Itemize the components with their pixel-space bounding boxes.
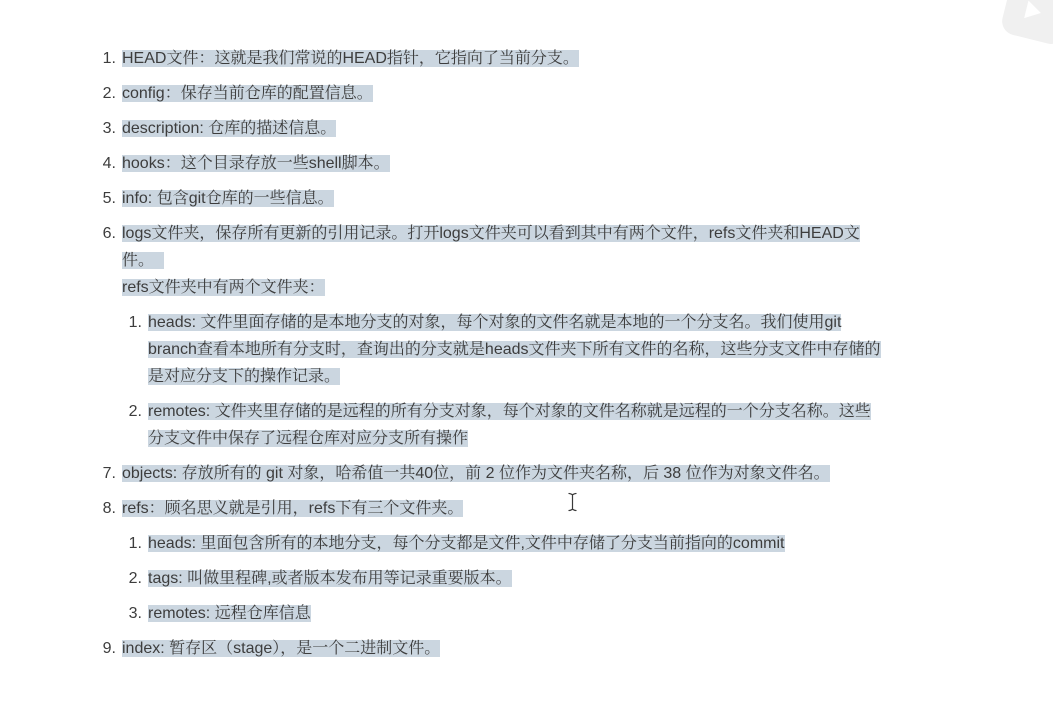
list-item: 3. description: 仓库的描述信息。 — [88, 115, 1013, 142]
list-item-content: remotes: 文件夹里存储的是远程的所有分支对象，每个对象的文件名称就是远程… — [148, 398, 1013, 452]
list-item-content: tags: 叫做里程碑,或者版本发布用等记录重要版本。 — [148, 565, 1013, 592]
list-item: 2. remotes: 文件夹里存储的是远程的所有分支对象，每个对象的文件名称就… — [122, 398, 1013, 452]
list-item: 8. refs：顾名思义就是引用，refs下有三个文件夹。 1. heads: … — [88, 495, 1013, 627]
list-item-text: refs：顾名思义就是引用，refs下有三个文件夹。 — [122, 500, 463, 517]
list-item-text: objects: 存放所有的 git 对象，哈希值一共40位，前 2 位作为文件… — [122, 465, 830, 482]
list-item: 9. index: 暂存区（stage），是一个二进制文件。 — [88, 635, 1013, 662]
list-item-number: 3. — [122, 600, 142, 627]
list-item-content: config：保存当前仓库的配置信息。 — [122, 80, 1013, 107]
list-item-text: 件。 — [122, 252, 164, 269]
list-item-number: 4. — [88, 150, 116, 177]
list-item-number: 8. — [88, 495, 116, 522]
list-item-text: tags: 叫做里程碑,或者版本发布用等记录重要版本。 — [148, 570, 512, 587]
list-item-text: remotes: 远程仓库信息 — [148, 605, 311, 622]
list-item-content: objects: 存放所有的 git 对象，哈希值一共40位，前 2 位作为文件… — [122, 460, 1013, 487]
refs-subfolder-list: 1. heads: 文件里面存储的是本地分支的对象，每个对象的文件名就是本地的一… — [122, 309, 1013, 452]
list-item: 2. config：保存当前仓库的配置信息。 — [88, 80, 1013, 107]
list-item-content: hooks：这个目录存放一些shell脚本。 — [122, 150, 1013, 177]
list-item: 7. objects: 存放所有的 git 对象，哈希值一共40位，前 2 位作… — [88, 460, 1013, 487]
list-item-number: 6. — [88, 220, 116, 247]
list-item-number: 1. — [88, 45, 116, 72]
list-item: 2. tags: 叫做里程碑,或者版本发布用等记录重要版本。 — [122, 565, 1013, 592]
list-item-content: index: 暂存区（stage），是一个二进制文件。 — [122, 635, 1013, 662]
list-item: 1. heads: 文件里面存储的是本地分支的对象，每个对象的文件名就是本地的一… — [122, 309, 1013, 390]
list-item-content: info: 包含git仓库的一些信息。 — [122, 185, 1013, 212]
play-triangle-icon — [1024, 1, 1043, 22]
list-item-content: heads: 里面包含所有的本地分支，每个分支都是文件,文件中存储了分支当前指向… — [148, 530, 1013, 557]
bilibili-watermark-icon — [999, 0, 1053, 47]
list-item-text: HEAD文件：这就是我们常说的HEAD指针，它指向了当前分支。 — [122, 50, 579, 67]
list-item-text: hooks：这个目录存放一些shell脚本。 — [122, 155, 390, 172]
list-item-number: 3. — [88, 115, 116, 142]
list-item: 1. heads: 里面包含所有的本地分支，每个分支都是文件,文件中存储了分支当… — [122, 530, 1013, 557]
list-item-text: refs文件夹中有两个文件夹： — [122, 279, 325, 296]
list-item-text: remotes: 文件夹里存储的是远程的所有分支对象，每个对象的文件名称就是远程… — [148, 403, 871, 420]
list-item-text: config：保存当前仓库的配置信息。 — [122, 85, 373, 102]
git-directory-list: 1. HEAD文件：这就是我们常说的HEAD指针，它指向了当前分支。 2. co… — [0, 45, 1053, 662]
list-item-content: HEAD文件：这就是我们常说的HEAD指针，它指向了当前分支。 — [122, 45, 1013, 72]
list-item-number: 9. — [88, 635, 116, 662]
list-item-content: heads: 文件里面存储的是本地分支的对象，每个对象的文件名就是本地的一个分支… — [148, 309, 1013, 390]
list-item-content: description: 仓库的描述信息。 — [122, 115, 1013, 142]
notes-document: 1. HEAD文件：这就是我们常说的HEAD指针，它指向了当前分支。 2. co… — [0, 45, 1053, 670]
list-item-content: logs文件夹，保存所有更新的引用记录。打开logs文件夹可以看到其中有两个文件… — [122, 220, 1013, 452]
list-item-number: 5. — [88, 185, 116, 212]
list-item-text: heads: 文件里面存储的是本地分支的对象，每个对象的文件名就是本地的一个分支… — [148, 314, 841, 331]
list-item-number: 1. — [122, 309, 142, 336]
list-item-text: logs文件夹，保存所有更新的引用记录。打开logs文件夹可以看到其中有两个文件… — [122, 225, 860, 242]
list-item-text: 分支文件中保存了远程仓库对应分支所有操作 — [148, 430, 468, 447]
list-item-number: 2. — [88, 80, 116, 107]
list-item: 5. info: 包含git仓库的一些信息。 — [88, 185, 1013, 212]
list-item-text: index: 暂存区（stage），是一个二进制文件。 — [122, 640, 440, 657]
list-item-text: info: 包含git仓库的一些信息。 — [122, 190, 334, 207]
list-item: 1. HEAD文件：这就是我们常说的HEAD指针，它指向了当前分支。 — [88, 45, 1013, 72]
list-item-content: refs：顾名思义就是引用，refs下有三个文件夹。 1. heads: 里面包… — [122, 495, 1013, 627]
list-item-text: 是对应分支下的操作记录。 — [148, 368, 340, 385]
list-item: 4. hooks：这个目录存放一些shell脚本。 — [88, 150, 1013, 177]
list-item-content: remotes: 远程仓库信息 — [148, 600, 1013, 627]
list-item: 6. logs文件夹，保存所有更新的引用记录。打开logs文件夹可以看到其中有两… — [88, 220, 1013, 452]
list-item-text: branch查看本地所有分支时，查询出的分支就是heads文件夹下所有文件的名称… — [148, 341, 881, 358]
list-item: 3. remotes: 远程仓库信息 — [122, 600, 1013, 627]
refs-subfolder-list: 1. heads: 里面包含所有的本地分支，每个分支都是文件,文件中存储了分支当… — [122, 530, 1013, 627]
list-item-text: heads: 里面包含所有的本地分支，每个分支都是文件,文件中存储了分支当前指向… — [148, 535, 785, 552]
list-item-number: 2. — [122, 565, 142, 592]
list-item-number: 7. — [88, 460, 116, 487]
list-item-text: description: 仓库的描述信息。 — [122, 120, 336, 137]
list-item-number: 2. — [122, 398, 142, 425]
document-page: { "page": { "background": "#ffffff", "te… — [0, 0, 1053, 711]
list-item-number: 1. — [122, 530, 142, 557]
